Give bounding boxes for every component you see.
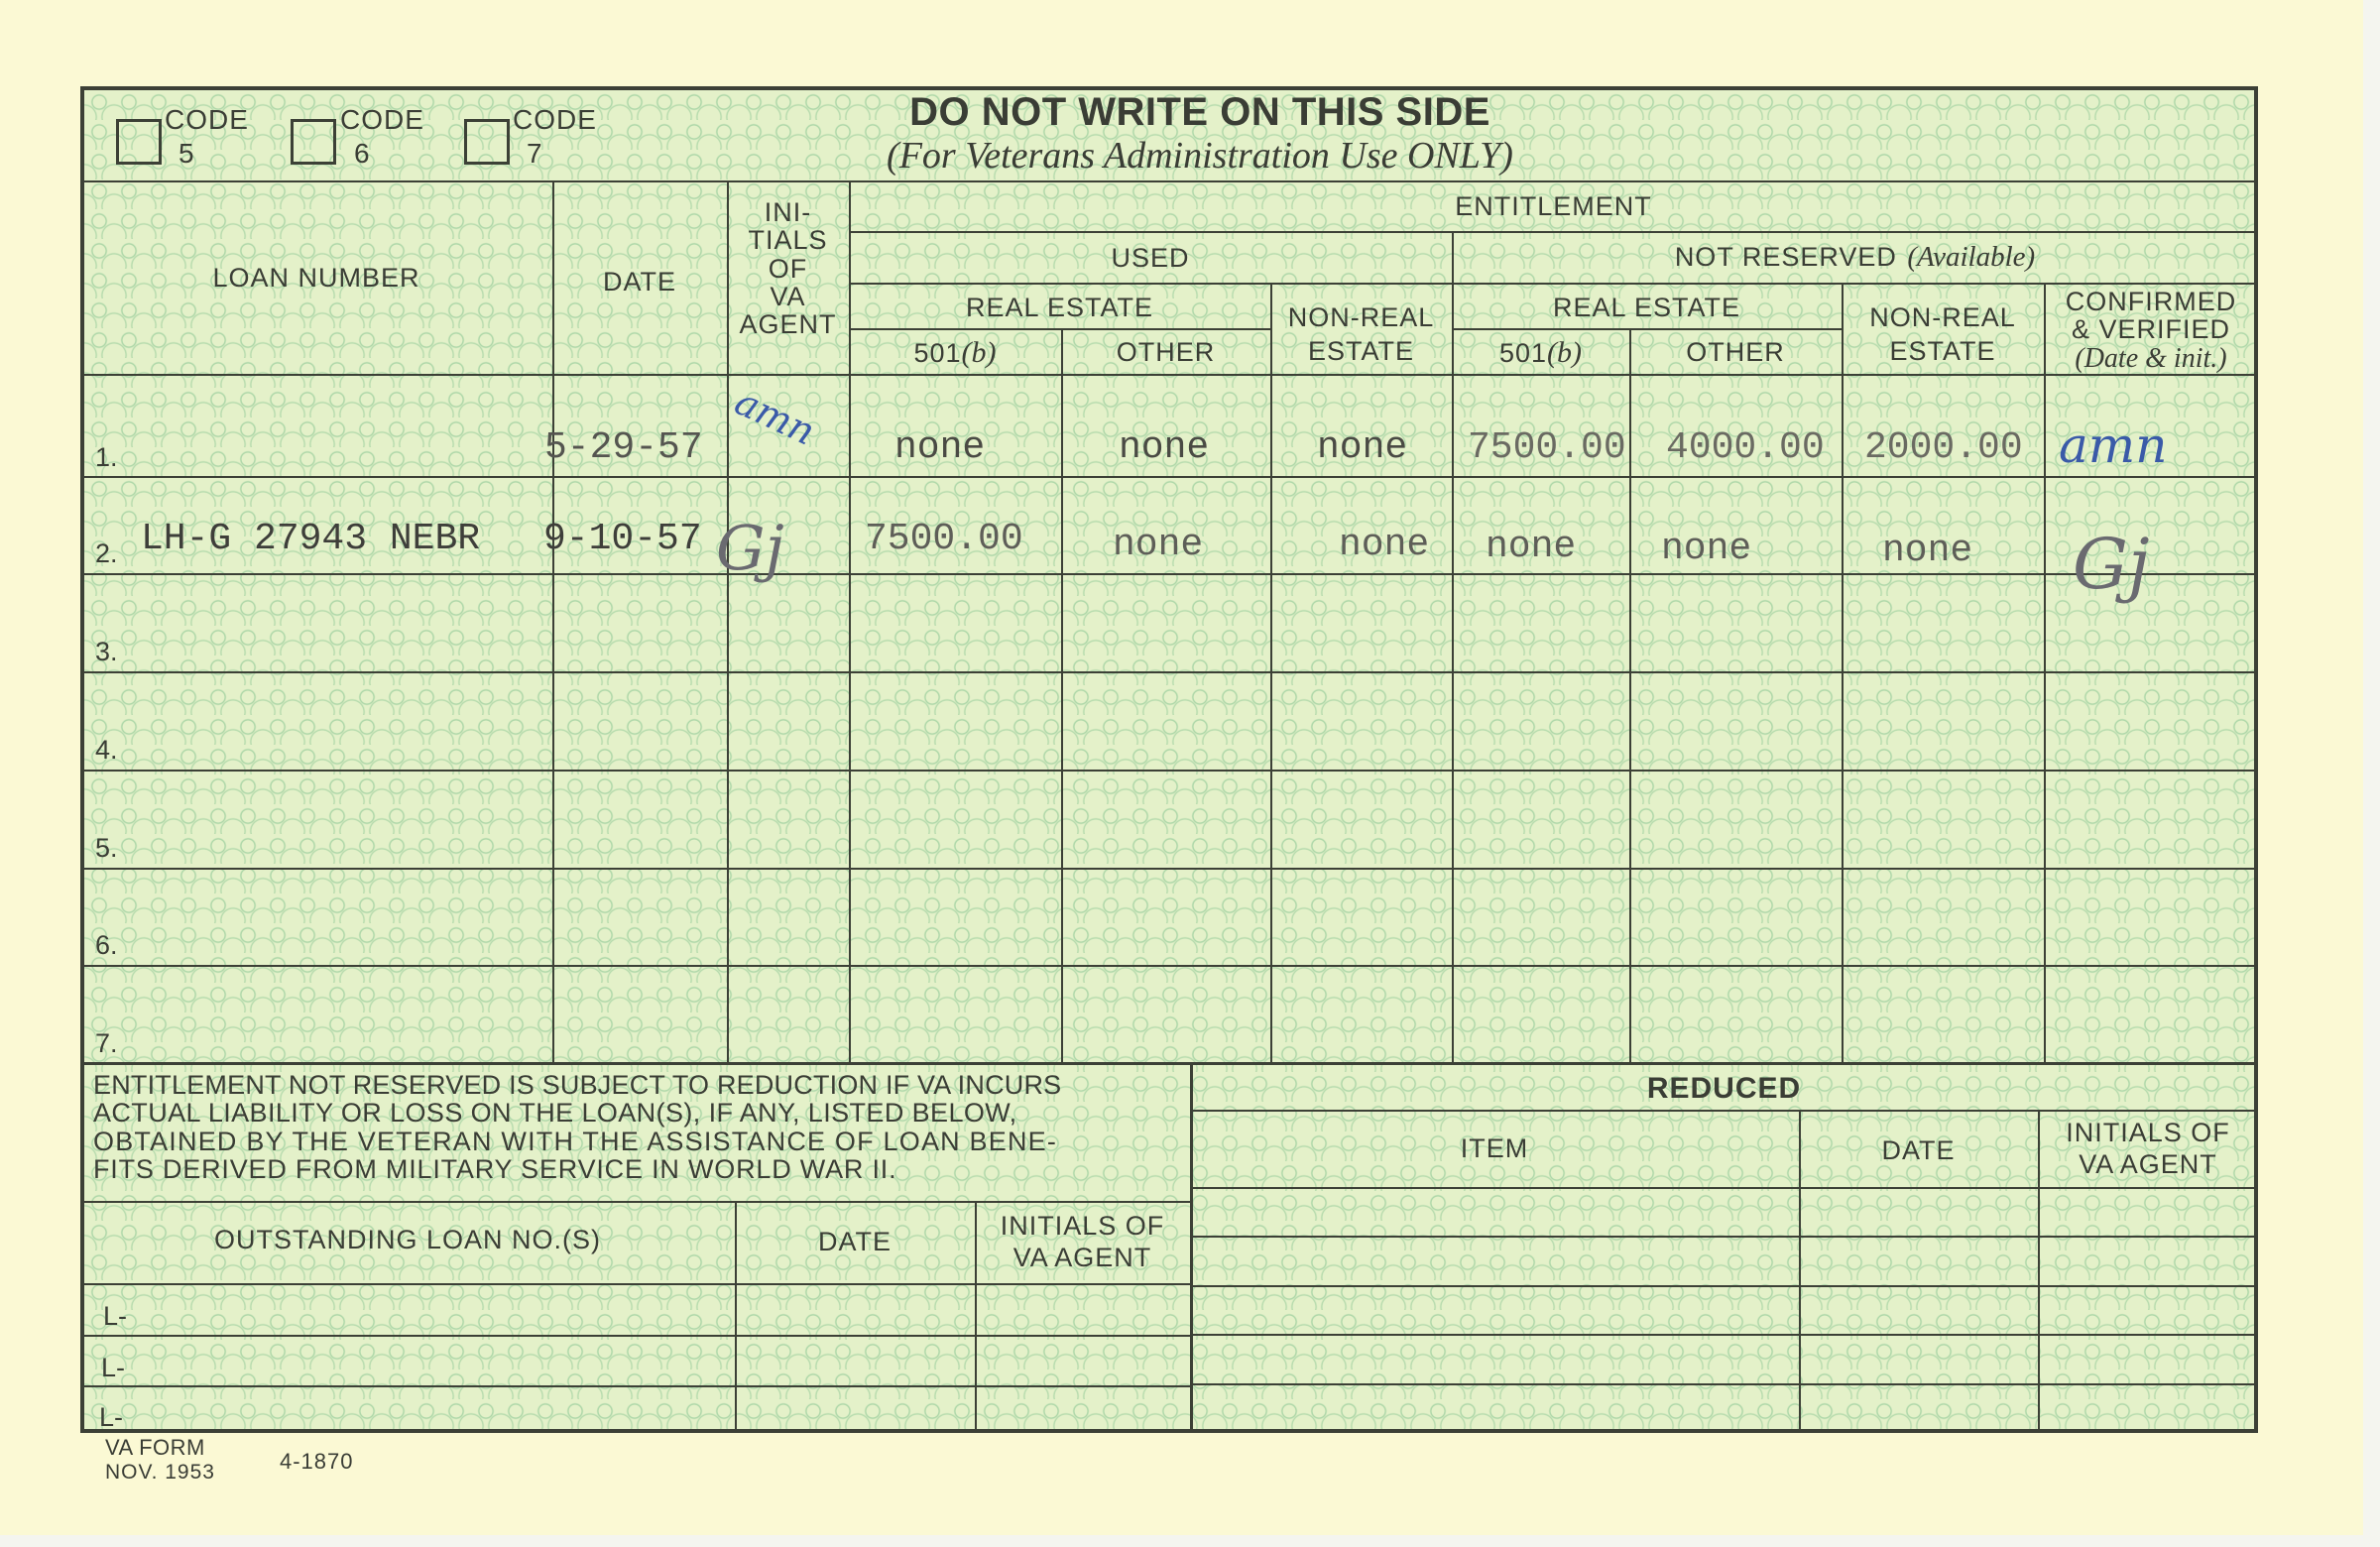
used-other-cell: none	[1119, 426, 1209, 469]
header-loan-number: LOAN NUMBER	[80, 264, 552, 292]
code-7-checkbox[interactable]	[464, 119, 510, 165]
header-note: (Available)	[1907, 241, 2035, 273]
form-number: 4-1870	[280, 1450, 354, 1473]
avail-nonreal-cell: 2000.00	[1864, 426, 2023, 469]
header-text: 501	[1499, 338, 1547, 368]
header-text: ESTATE	[1842, 337, 2044, 365]
code-6-number: 6	[354, 139, 371, 168]
header-reduced-date: DATE	[1799, 1136, 2038, 1164]
divider	[552, 180, 554, 1063]
header-text: NON-REAL	[1842, 303, 2044, 331]
avail-501b-cell: none	[1486, 526, 1576, 568]
header-confirmed-verified: CONFIRMED & VERIFIED (Date & init.)	[2044, 288, 2258, 373]
header-text: ESTATE	[1270, 337, 1452, 365]
code-5-label: CODE	[165, 105, 249, 134]
divider	[1190, 1334, 2258, 1336]
row-date: 9-10-57	[543, 518, 702, 560]
avail-other-cell: 4000.00	[1666, 426, 1825, 469]
divider	[80, 476, 2258, 478]
notice-line: ACTUAL LIABILITY OR LOSS ON THE LOAN(S),…	[93, 1099, 1188, 1127]
divider	[1452, 328, 1842, 330]
header-text: AGENT	[727, 310, 849, 338]
code-7-number: 7	[527, 139, 543, 168]
divider	[1190, 1285, 2258, 1287]
header-text: TIALS	[727, 226, 849, 254]
avail-nonreal-cell: none	[1882, 530, 1972, 572]
header-text: VA AGENT	[2038, 1150, 2258, 1178]
divider	[80, 671, 2258, 673]
header-used-other: OTHER	[1061, 338, 1270, 366]
initials-handwritten: Gj	[716, 512, 784, 584]
header-text: INITIALS OF	[2038, 1119, 2258, 1146]
header-text: (b)	[1547, 336, 1582, 369]
row-number: 1.	[95, 442, 118, 473]
header-text: CONFIRMED	[2044, 288, 2258, 315]
divider	[80, 180, 2258, 182]
code-6-checkbox[interactable]	[291, 119, 336, 165]
header-entitlement: ENTITLEMENT	[849, 192, 2258, 220]
header-initials-of-va-agent: INI- TIALS OF VA AGENT	[727, 198, 849, 339]
form-label: VA FORM	[105, 1436, 205, 1459]
row-number: 6.	[95, 930, 118, 961]
divider	[1842, 283, 1844, 1063]
divider	[2044, 283, 2046, 1063]
used-501b-cell: 7500.00	[865, 518, 1023, 560]
outstanding-loan-prefix: L-	[103, 1301, 127, 1332]
divider	[80, 1062, 2258, 1065]
form-date: NOV. 1953	[105, 1462, 215, 1484]
header-text: (b)	[962, 336, 997, 369]
divider	[1190, 1187, 2258, 1189]
divider	[1061, 328, 1063, 1063]
header-avail-other: OTHER	[1629, 338, 1842, 366]
code-7-label: CODE	[513, 105, 597, 134]
header-outstanding-loan: OUTSTANDING LOAN NO.(S)	[80, 1226, 735, 1253]
header-avail-non-real-estate: NON-REAL ESTATE	[1842, 303, 2044, 366]
confirmed-initials-handwritten: amn	[2059, 416, 2167, 474]
used-501b-cell: none	[894, 426, 985, 469]
used-other-cell: none	[1113, 524, 1203, 566]
header-used-non-real-estate: NON-REAL ESTATE	[1270, 303, 1452, 366]
header-text: & VERIFIED	[2044, 315, 2258, 343]
header-avail-501b: 501(b)	[1452, 337, 1629, 369]
divider	[80, 770, 2258, 772]
reduced-title: REDUCED	[1190, 1073, 2258, 1105]
used-nonreal-cell: none	[1317, 426, 1407, 469]
divider	[80, 573, 2258, 575]
header-date: DATE	[552, 268, 727, 296]
form-subtitle: (For Veterans Administration Use ONLY)	[793, 137, 1606, 177]
divider	[849, 231, 2258, 233]
form-title: DO NOT WRITE ON THIS SIDE	[793, 91, 1606, 133]
header-reduced-item: ITEM	[1190, 1134, 1799, 1162]
divider	[80, 1201, 1190, 1203]
header-reduced-initials: INITIALS OF VA AGENT	[2038, 1119, 2258, 1179]
divider	[849, 283, 2258, 285]
header-avail-real-estate: REAL ESTATE	[1452, 294, 1842, 321]
divider	[1190, 1062, 1193, 1433]
divider	[80, 374, 2258, 376]
row-number: 7.	[95, 1028, 118, 1059]
divider	[1190, 1110, 2258, 1112]
divider	[80, 965, 2258, 967]
row-date: 5-29-57	[544, 426, 703, 469]
code-6-label: CODE	[340, 105, 424, 134]
avail-501b-cell: 7500.00	[1468, 426, 1626, 469]
header-not-reserved: NOT RESERVED (Available)	[1452, 242, 2258, 272]
used-nonreal-cell: none	[1339, 524, 1429, 566]
divider	[80, 1385, 1190, 1387]
header-used-real-estate: REAL ESTATE	[849, 294, 1270, 321]
notice-line: FITS DERIVED FROM MILITARY SERVICE IN WO…	[93, 1155, 1188, 1183]
outstanding-loan-prefix: L-	[99, 1402, 123, 1433]
code-5-checkbox[interactable]	[116, 119, 162, 165]
header-text: NOT RESERVED	[1675, 242, 1897, 272]
row-number: 3.	[95, 637, 118, 667]
code-5-number: 5	[178, 139, 195, 168]
avail-other-cell: none	[1661, 528, 1751, 570]
row-number: 5.	[95, 833, 118, 864]
header-text: VA AGENT	[975, 1244, 1190, 1271]
divider	[80, 868, 2258, 870]
header-text: 501	[913, 338, 961, 368]
outstanding-loan-prefix: L-	[101, 1353, 125, 1383]
divider	[849, 328, 1270, 330]
header-text: INITIALS OF	[975, 1212, 1190, 1240]
entitlement-notice: ENTITLEMENT NOT RESERVED IS SUBJECT TO R…	[93, 1071, 1188, 1183]
header-used: USED	[849, 244, 1452, 272]
header-text: INI-	[727, 198, 849, 226]
header-text: NON-REAL	[1270, 303, 1452, 331]
header-text: VA	[727, 283, 849, 310]
divider	[80, 1335, 1190, 1337]
notice-line: OBTAINED BY THE VETERAN WITH THE ASSISTA…	[93, 1128, 1188, 1155]
row-number: 4.	[95, 735, 118, 766]
divider	[1270, 283, 1272, 1063]
divider	[1190, 1236, 2258, 1238]
header-text: OF	[727, 255, 849, 283]
header-text: (Date & init.)	[2044, 344, 2258, 373]
divider	[1629, 328, 1631, 1063]
header-outstanding-date: DATE	[735, 1228, 975, 1255]
header-used-501b: 501(b)	[849, 337, 1061, 369]
row-number: 2.	[95, 538, 118, 569]
divider	[80, 1283, 1190, 1285]
divider	[1190, 1383, 2258, 1385]
confirmed-initials-handwritten: Gj	[2073, 524, 2150, 605]
loan-number-cell: LH-G 27943 NEBR	[141, 518, 480, 560]
notice-line: ENTITLEMENT NOT RESERVED IS SUBJECT TO R…	[93, 1071, 1188, 1099]
header-outstanding-initials: INITIALS OF VA AGENT	[975, 1212, 1190, 1272]
